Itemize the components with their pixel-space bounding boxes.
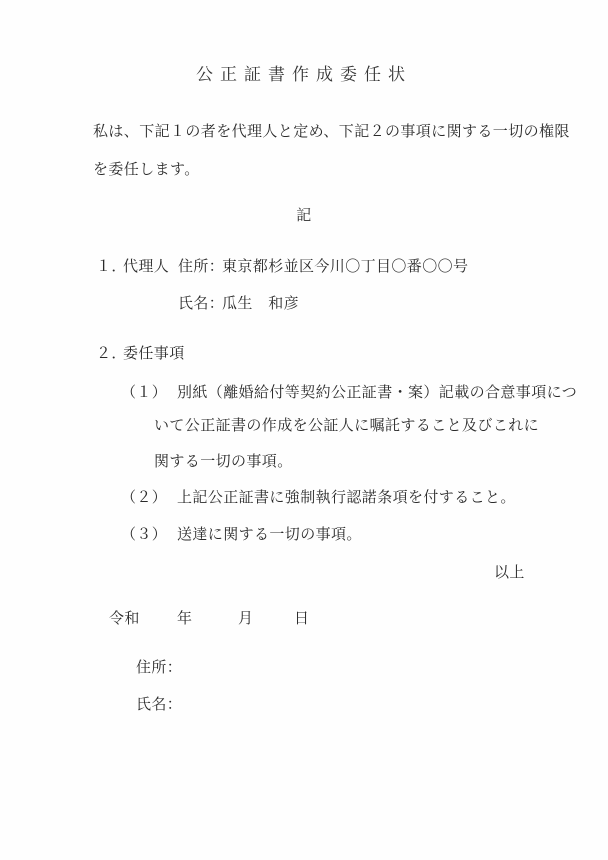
intro-line-2: を委任します。 — [93, 160, 200, 178]
item1-line-3: 関する一切の事項。 — [154, 452, 293, 470]
date-day-label: 日 — [294, 609, 309, 627]
date-year-label: 年 — [177, 609, 192, 627]
signer-address-label: 住所： — [136, 658, 182, 676]
agent-name-label: 氏名： — [178, 294, 224, 312]
ki-heading: 記 — [0, 206, 608, 224]
item1-marker: （１） — [121, 383, 167, 401]
intro-line-1: 私は、下記１の者を代理人と定め、下記２の事項に関する一切の権限 — [93, 122, 570, 140]
agent-address-value: 東京都杉並区今川〇丁目〇番〇〇号 — [222, 257, 468, 275]
closing-text: 以上 — [494, 563, 525, 581]
section1-label: 代理人 — [123, 257, 169, 275]
item3-line-1: 送達に関する一切の事項。 — [177, 525, 362, 543]
agent-name-value: 瓜生 和彦 — [222, 294, 299, 312]
item1-line-1: 別紙（離婚給付等契約公正証書・案）記載の合意事項につ — [177, 383, 577, 401]
section2-label: 委任事項 — [123, 344, 185, 362]
item2-marker: （２） — [121, 488, 167, 506]
signer-name-label: 氏名： — [136, 695, 182, 713]
date-month-label: 月 — [238, 609, 253, 627]
document-title: 公正証書作成委任状 — [0, 64, 608, 86]
item3-marker: （３） — [121, 525, 167, 543]
item2-line-1: 上記公正証書に強制執行認諾条項を付すること。 — [177, 488, 516, 506]
document-page: 公正証書作成委任状 私は、下記１の者を代理人と定め、下記２の事項に関する一切の権… — [0, 0, 608, 860]
date-era: 令和 — [109, 609, 140, 627]
agent-address-label: 住所： — [178, 257, 224, 275]
item1-line-2: いて公正証書の作成を公証人に嘱託すること及びこれに — [154, 416, 539, 434]
